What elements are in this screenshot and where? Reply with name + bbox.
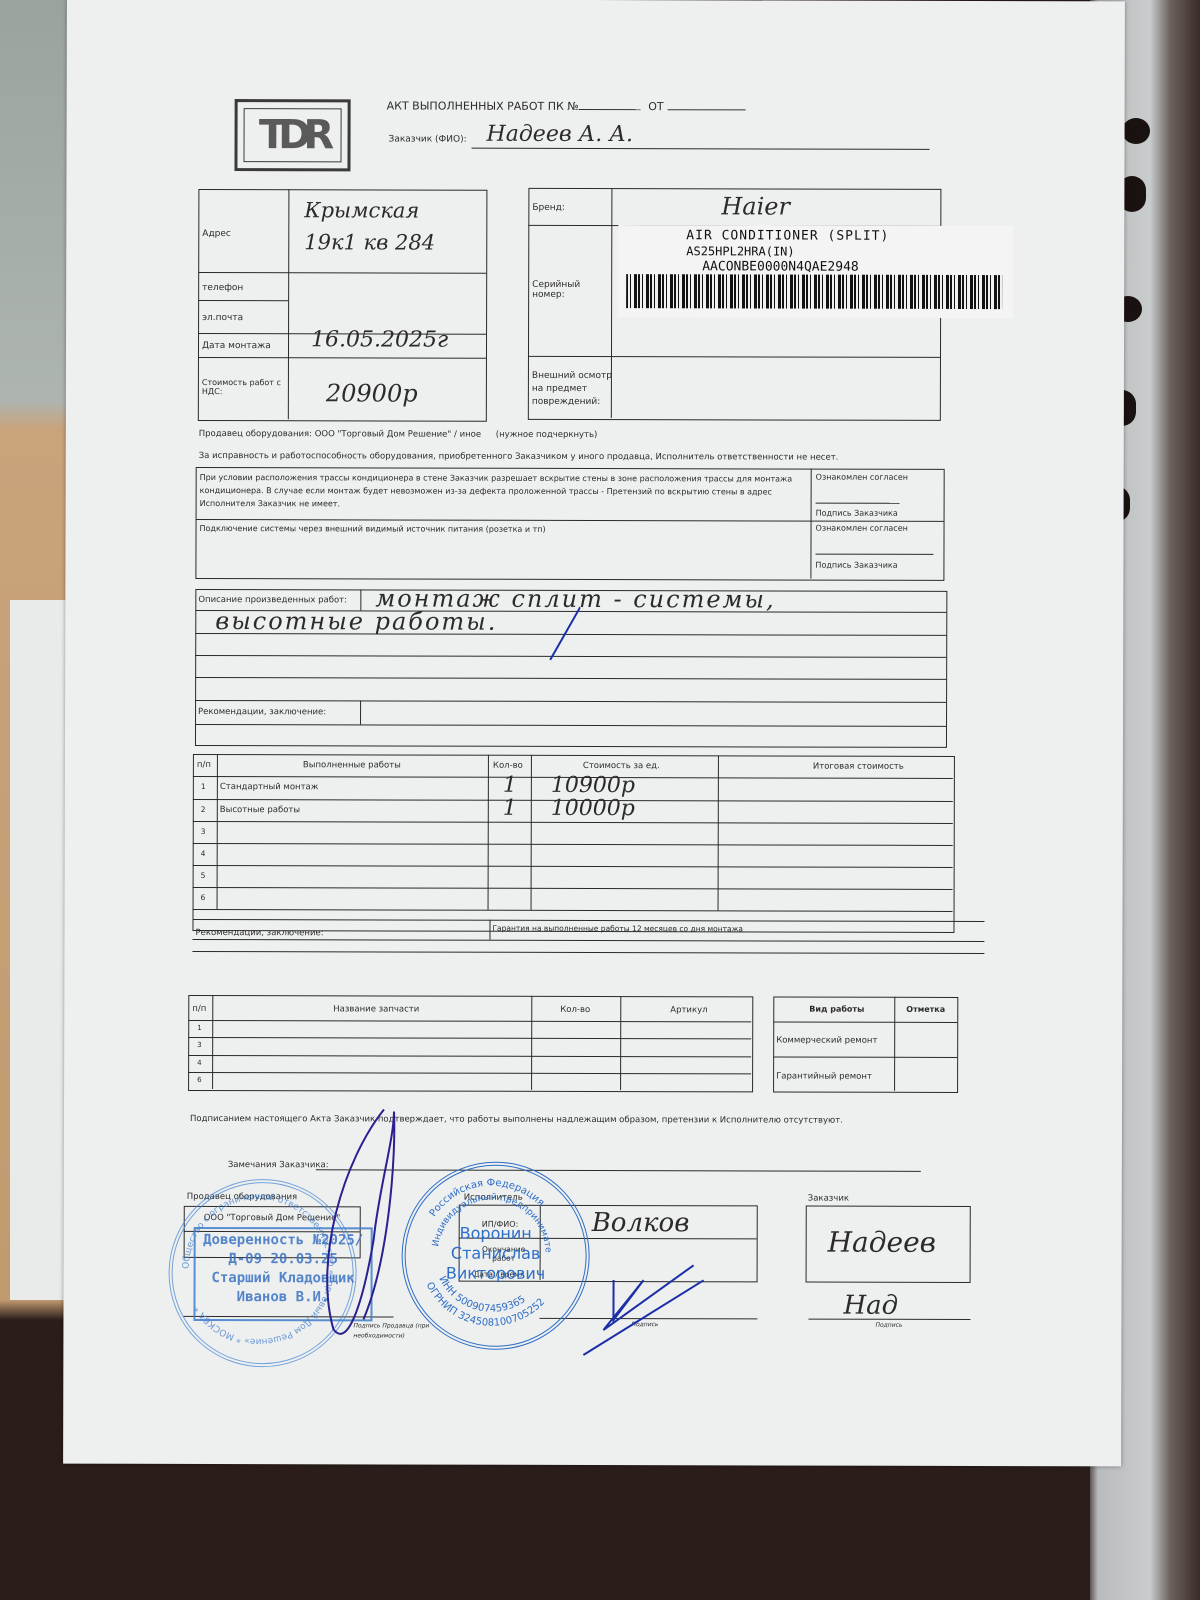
serial-barcode <box>626 274 1002 309</box>
works-row-number: 1 <box>201 782 206 791</box>
works-header: Итоговая стоимость <box>813 762 904 772</box>
executor-fio-handwritten[interactable]: Волков <box>592 1208 690 1238</box>
works-row-total[interactable] <box>723 870 943 885</box>
works-row-number: 4 <box>201 849 206 858</box>
parts-header: Артикул <box>670 1005 707 1015</box>
parts-row-name[interactable] <box>216 1074 526 1088</box>
condition-1-agree-label: Ознакомлен согласен <box>816 473 908 482</box>
works-row-qty[interactable]: 1 <box>503 796 517 821</box>
parts-header: п/п <box>192 1004 206 1014</box>
parts-header: Название запчасти <box>333 1004 419 1014</box>
inspection-label: Внешний осмотр на предмет повреждений: <box>532 370 612 409</box>
customer-name-handwritten[interactable]: Надеев А. А. <box>487 122 633 147</box>
parts-row-name[interactable] <box>216 1039 526 1053</box>
parts-table-body: п/пНазвание запчастиКол-воАртикул1346 <box>67 0 1125 1</box>
parts-row-article[interactable] <box>624 1075 744 1088</box>
company-logo: TDR <box>234 99 350 171</box>
works-row-price[interactable]: 10000р <box>551 796 635 821</box>
seller-line-text: Продавец оборудования: ООО "Торговый Дом… <box>199 429 481 440</box>
cost-value-handwritten[interactable]: 20900р <box>326 379 418 407</box>
doc-title-text: АКТ ВЫПОЛНЕННЫХ РАБОТ ПК № <box>387 99 579 113</box>
document-sheet: TDR АКТ ВЫПОЛНЕННЫХ РАБОТ ПК № ОТ Заказч… <box>63 0 1125 1466</box>
condition-wall-opening-text: При условии расположения трассы кондицио… <box>200 471 805 512</box>
parts-header: Кол-во <box>560 1005 590 1015</box>
works-header: Кол-во <box>493 761 523 771</box>
sticker-serial-number: AACONBE0000N4QAE2948 <box>702 259 859 274</box>
works-row-price[interactable]: 10900р <box>551 773 635 798</box>
warranty-repair-label: Гарантийный ремонт <box>776 1071 872 1081</box>
doc-date-field[interactable] <box>667 109 745 110</box>
seller-line: Продавец оборудования: ООО "Торговый Дом… <box>199 429 598 440</box>
mark-header: Отметка <box>906 1005 945 1014</box>
confirmation-text: Подписанием настоящего Акта Заказчик под… <box>190 1114 843 1126</box>
install-date-value-handwritten[interactable]: 16.05.2025г <box>311 327 448 352</box>
works-header: п/п <box>197 760 211 770</box>
works-row-number: 3 <box>201 827 206 836</box>
works-row-name: Стандартный монтаж <box>220 782 319 792</box>
works-row-number: 5 <box>201 871 206 880</box>
condition-1-sign-label: Подпись Заказчика <box>816 509 898 518</box>
doc-number-field[interactable] <box>579 109 641 110</box>
divider <box>489 920 490 940</box>
works-row-total[interactable] <box>723 826 943 841</box>
parts-row-article[interactable] <box>624 1023 744 1036</box>
works-row-total[interactable] <box>723 892 943 907</box>
install-date-label: Дата монтажа <box>202 341 271 351</box>
doc-title: АКТ ВЫПОЛНЕННЫХ РАБОТ ПК № ОТ <box>387 99 746 113</box>
works-table-body: п/пВыполненные работыКол-воСтоимость за … <box>67 0 1125 1</box>
divider <box>192 939 984 942</box>
executor-stamp-name: Воронин Станислав Викторович <box>436 1224 556 1284</box>
divider <box>198 300 288 301</box>
phone-value[interactable] <box>298 281 478 297</box>
address-label: Адрес <box>202 229 231 239</box>
warranty-text: Гарантия на выполненные работы 12 месяце… <box>492 924 743 934</box>
email-label: эл.почта <box>202 313 243 323</box>
sheet-underneath <box>10 600 70 1300</box>
works-row-total[interactable] <box>723 804 943 819</box>
brand-label: Бренд: <box>532 203 565 213</box>
parts-row-qty[interactable] <box>535 1075 615 1088</box>
serial-label: Серийный номер: <box>532 280 602 300</box>
works-row-name: Высотные работы <box>220 805 300 815</box>
condition-1-signature-line[interactable] <box>816 503 900 504</box>
seller-line-note: (нужное подчеркнуть) <box>496 430 598 440</box>
divider <box>360 700 361 724</box>
logo-mark: TDR <box>243 108 341 162</box>
liability-note: За исправность и работоспособность обору… <box>199 451 839 463</box>
parts-row-qty[interactable] <box>535 1023 615 1036</box>
customer-section-title: Заказчик <box>808 1194 849 1204</box>
works-row-total[interactable] <box>723 848 943 863</box>
works-row-number: 2 <box>201 805 206 814</box>
commercial-repair-label: Коммерческий ремонт <box>776 1035 877 1045</box>
doc-date-label: ОТ <box>648 100 663 113</box>
parts-row-number: 6 <box>197 1076 201 1084</box>
work-description-label: Описание произведенных работ: <box>198 595 347 605</box>
address-value-handwritten[interactable]: Крымская 19к1 кв 284 <box>304 194 454 258</box>
customer-label: Заказчик (ФИО): <box>389 134 467 144</box>
commercial-repair-mark[interactable] <box>899 1026 951 1054</box>
parts-row-number: 3 <box>197 1041 201 1049</box>
brand-value-handwritten[interactable]: Haier <box>721 192 790 220</box>
sticker-model: AS25HPL2HRA(IN) <box>686 244 794 258</box>
customer-underline <box>472 148 930 150</box>
works-header: Выполненные работы <box>303 760 401 770</box>
divider <box>192 951 984 954</box>
condition-2-agree-label: Ознакомлен согласен <box>816 524 908 533</box>
executor-signature-scribble <box>573 1260 713 1360</box>
parts-row-number: 4 <box>197 1059 201 1067</box>
condition-2-sign-label: Подпись Заказчика <box>815 561 897 570</box>
parts-row-article[interactable] <box>624 1040 744 1053</box>
works-row-total[interactable] <box>723 781 943 796</box>
email-value[interactable] <box>298 309 478 325</box>
description-pen-stroke <box>360 604 580 665</box>
customer-signature-caption: Подпись <box>875 1322 902 1329</box>
works-header: Стоимость за ед. <box>583 761 660 771</box>
parts-row-article[interactable] <box>624 1058 744 1071</box>
punch-hole <box>1122 118 1150 144</box>
parts-row-qty[interactable] <box>535 1040 615 1053</box>
phone-label: телефон <box>202 283 243 293</box>
condition-power-text: Подключение системы через внешний видимы… <box>200 524 546 534</box>
parts-row-qty[interactable] <box>535 1058 615 1071</box>
recommendation-field[interactable] <box>365 707 935 722</box>
parts-row-number: 1 <box>197 1024 201 1032</box>
works-recommendation-label: Рекомендации, заключение: <box>195 928 323 938</box>
parts-row-name[interactable] <box>216 1057 526 1071</box>
cost-label: Стоимость работ с НДС: <box>202 378 282 396</box>
works-row-number: 6 <box>201 893 206 902</box>
works-row-qty[interactable]: 1 <box>503 773 517 798</box>
customer-signature-handwritten[interactable]: Над <box>843 1291 898 1321</box>
warranty-repair-mark[interactable] <box>899 1061 951 1089</box>
sticker-product-type: AIR CONDITIONER (SPLIT) <box>686 228 889 244</box>
recommendation-label: Рекомендации, заключение: <box>198 707 326 717</box>
work-type-header: Вид работы <box>809 1005 864 1014</box>
parts-row-name[interactable] <box>216 1022 526 1036</box>
seller-signature-scribble <box>303 1099 434 1349</box>
customer-name-box-handwritten[interactable]: Надеев <box>828 1226 936 1259</box>
